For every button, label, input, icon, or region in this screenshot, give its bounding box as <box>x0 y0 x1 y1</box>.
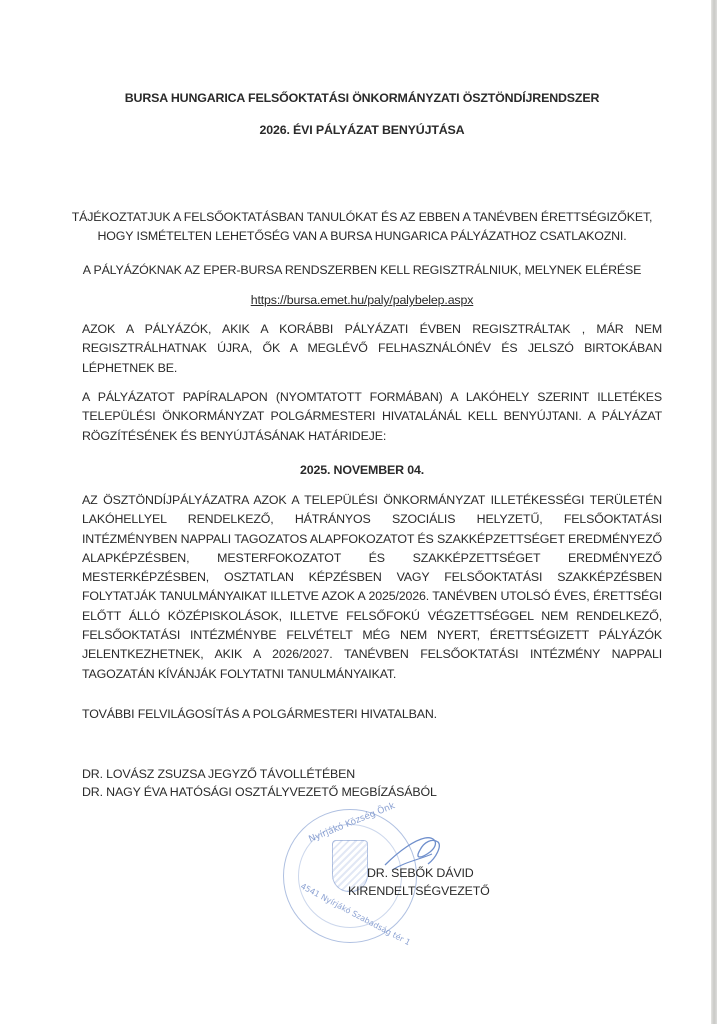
registration-link[interactable]: https://bursa.emet.hu/paly/palybelep.asp… <box>251 293 474 307</box>
title-line-1: BURSA HUNGARICA FELSŐOKTATÁSI ÖNKORMÁNYZ… <box>0 91 724 105</box>
signatory-line-1: DR. LOVÁSZ ZSUZSA JEGYZŐ TÁVOLLÉTÉBEN <box>82 767 355 781</box>
registration-text: A PÁLYÁZÓKNAK AZ EPER-BURSA RENDSZERBEN … <box>0 263 724 277</box>
document-page: BURSA HUNGARICA FELSŐOKTATÁSI ÖNKORMÁNYZ… <box>0 0 724 1024</box>
paragraph-previous-applicants: AZOK A PÁLYÁZÓK, AKIK A KORÁBBI PÁLYÁZAT… <box>82 320 662 378</box>
further-info: TOVÁBBI FELVILÁGOSÍTÁS A POLGÁRMESTERI H… <box>82 707 437 721</box>
registration-link-row: https://bursa.emet.hu/paly/palybelep.asp… <box>0 293 724 307</box>
title-line-2: 2026. ÉVI PÁLYÁZAT BENYÚJTÁSA <box>0 123 724 137</box>
intro-line-2: HOGY ISMÉTELTEN LEHETŐSÉG VAN A BURSA HU… <box>0 229 724 243</box>
deadline: 2025. NOVEMBER 04. <box>0 463 724 477</box>
intro-line-1: TÁJÉKOZTATJUK A FELSŐOKTATÁSBAN TANULÓKA… <box>0 210 724 224</box>
signatory-line-2: DR. NAGY ÉVA HATÓSÁGI OSZTÁLYVEZETŐ MEGB… <box>82 785 437 799</box>
paragraph-submission: A PÁLYÁZATOT PAPÍRALAPON (NYOMTATOTT FOR… <box>82 388 662 446</box>
signer-name: DR. SEBŐK DÁVID <box>367 866 474 880</box>
paragraph-eligibility: AZ ÖSZTÖNDÍJPÁLYÁZATRA AZOK A TELEPÜLÉSI… <box>82 491 662 684</box>
signer-title: KIRENDELTSÉGVEZETŐ <box>348 884 490 898</box>
